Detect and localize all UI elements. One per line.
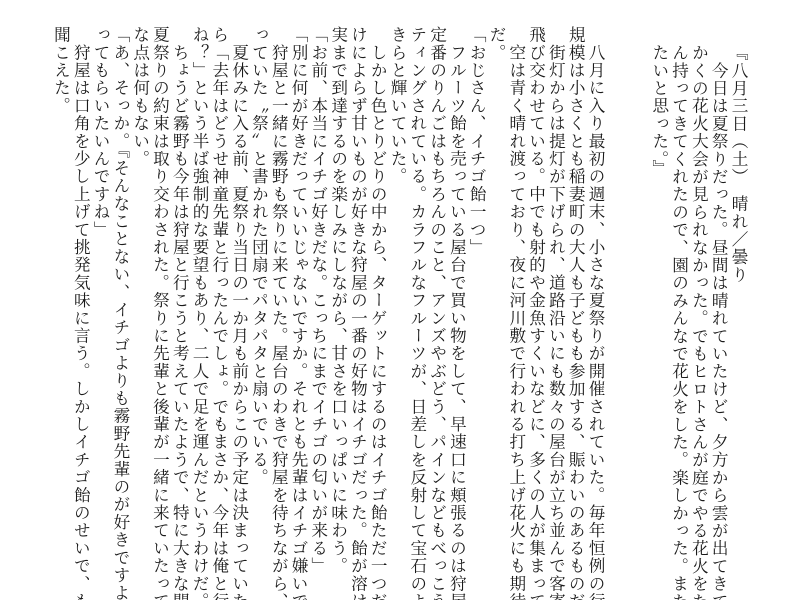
text-line: 聞こえた。 (51, 26, 71, 586)
text-line: 定番のりんごはもちろんのこと、アンズやぶどう、パインなどもべっこうでコー (427, 26, 447, 586)
text-line: 飛び交わせている。中でも射的や金魚すくいなどに、多くの人が集まっていた。 (526, 26, 546, 586)
text-line: きらと輝いていた。 (387, 26, 407, 586)
text-line: ね？」という半ば強制的な要望もあり、二人で足を運んだというわけだ。 (189, 26, 209, 586)
text-line: 狩屋は口角を少し上げて挑発気味に言う。しかしイチゴ飴のせいで、もごもごと (70, 26, 90, 586)
text-line: だ。 (486, 26, 506, 586)
text-line: ら「去年はどうせ神童先輩と行ったんでしょ。でもまさか、今年は俺と行きますよ (209, 26, 229, 586)
text-line: 空は青く晴れ渡っており、夜に河川敷で行われる打ち上げ花火にも期待できそう (506, 26, 526, 586)
dialogue-line: 「おじさん、イチゴ飴一つ」 (466, 26, 486, 586)
text-line: 狩屋と一緒に霧野も祭りに来ていた。屋台のわきで狩屋を待ちながら、駅前で配 (268, 26, 288, 586)
text-line: 八月に入り最初の週末、小さな夏祭りが開催されていた。毎年恒例の行事であり、 (585, 26, 605, 586)
diary-entry-block: 『八月三日（土） 晴れ／曇り 今日は夏祭りだった。昼間は晴れていたけど、夕方から… (649, 44, 748, 584)
text-line: 実まで到達するのを楽しみにしながら、甘さを口いっぱいに味わう。 (328, 26, 348, 586)
main-text-block: 八月に入り最初の週末、小さな夏祭りが開催されていた。毎年恒例の行事であり、 規模… (51, 26, 605, 586)
dialogue-line: 「あ、そっか。『そんなことない、イチゴよりも霧野先輩のが好きですよ』って言 (110, 26, 130, 586)
text-line: 夏休みに入る前、夏祭り当日の一か月も前からこの予定は決まっていた。狩屋か (229, 26, 249, 586)
diary-line: ん持ってきてくれたので、園のみんなで花火をした。楽しかった。またやり (669, 44, 689, 584)
text-line: ちょうど霧野も今年は狩屋と行こうと考えていたようで、特に大きな問題もなく (169, 26, 189, 586)
text-line: 夏祭りの約束は取り交わされた。祭りに先輩と後輩が一緒に来ていたって、不自然 (150, 26, 170, 586)
text-line: フルーツ飴を売っている屋台で買い物をして、早速口に頬張るのは狩屋である。 (447, 26, 467, 586)
dialogue-line: 「別に何が好きだっていいじゃないですか。それとも先輩はイチゴ嫌いでしたか」 (288, 26, 308, 586)
diary-line: かくの花火大会が見られなかった。でもヒロトさんが庭でやる花火をたくさ (689, 44, 709, 584)
dialogue-line: 「お前、本当にイチゴ好きだな。こっちにまでイチゴの匂いが来る」 (308, 26, 328, 586)
diary-line: たいと思った。』 (649, 44, 669, 584)
text-line: ティングされている。カラフルなフルーツが、日差しを反射して宝石のようにきら (407, 26, 427, 586)
text-line: な点は何もない。 (130, 26, 150, 586)
dialogue-line: ってもらいたいんですね」 (90, 26, 110, 586)
diary-line: 今日は夏祭りだった。昼間は晴れていたけど、夕方から雲が出てきて、せっ (708, 44, 728, 584)
text-line: 街灯からは提灯が下げられ、道路沿いにも数々の屋台が立ち並んで客寄せの声を (546, 26, 566, 586)
text-line: けによらず甘いものが好きな狩屋の一番の好物はイチゴだった。飴が溶けイチゴの (348, 26, 368, 586)
document-page: 『八月三日（土） 晴れ／曇り 今日は夏祭りだった。昼間は晴れていたけど、夕方から… (0, 0, 800, 600)
text-line: 規模は小さくとも稲妻町の大人も子どもも参加する、賑わいのあるものだ。 (565, 26, 585, 586)
text-line: っていた〝祭〟と書かれた団扇でパタパタと扇いでいる。 (249, 26, 269, 586)
diary-line: 『八月三日（土） 晴れ／曇り (728, 44, 748, 584)
text-line: しかし色とりどりの中から、ターゲットにするのはイチゴ飴ただ一つだ。見か (367, 26, 387, 586)
